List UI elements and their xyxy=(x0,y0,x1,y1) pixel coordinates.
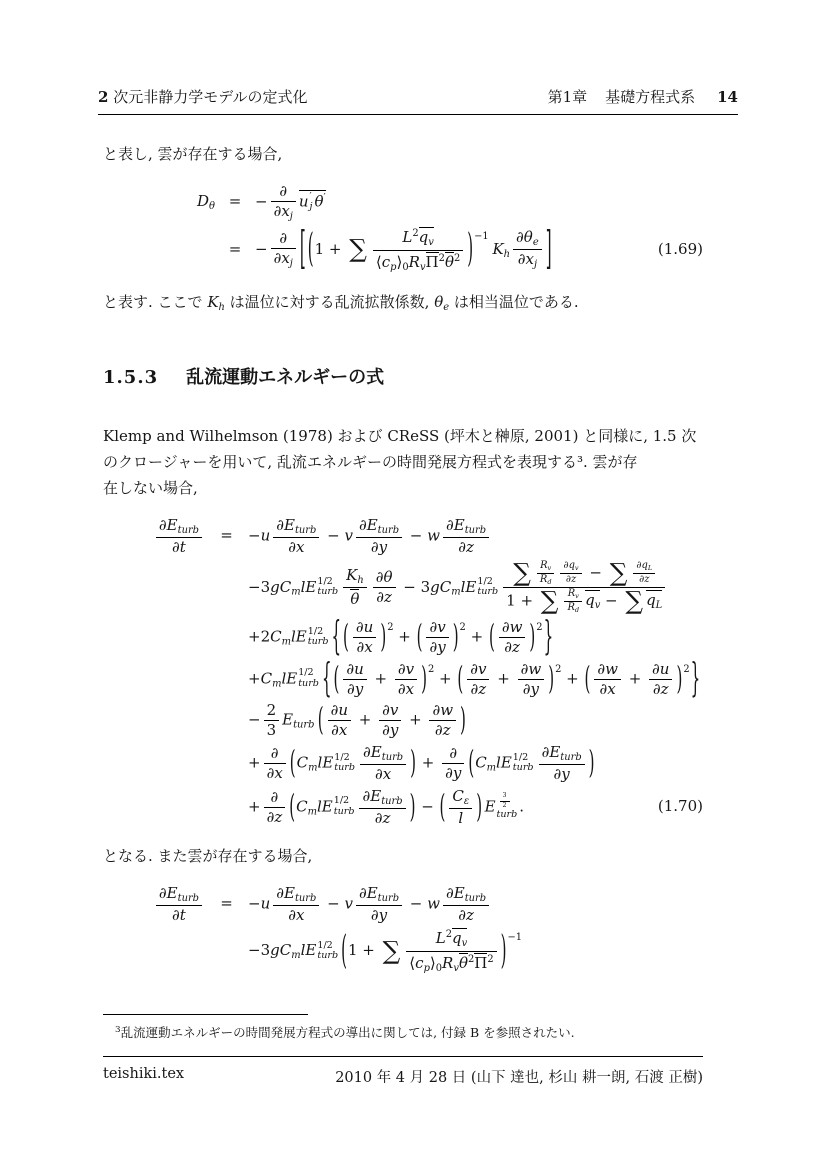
header-chapter-title: 基礎方程式系 xyxy=(605,88,695,106)
equation-number: (1.69) xyxy=(650,240,703,258)
equation-number: (1.70) xyxy=(650,797,703,815)
equation-line: Dθ=−∂∂xju′jθ′ xyxy=(103,183,703,222)
running-header: 2 次元非静力学モデルの定式化 第1章基礎方程式系14 xyxy=(98,86,738,115)
paragraph-line: のクロージャーを用いて, 乱流エネルギーの時間発展方程式を表現する³. 雲が存 xyxy=(103,449,703,475)
footnote-rule xyxy=(103,1014,308,1015)
equation-line: −23Eturb(∂u∂x + ∂v∂y + ∂w∂z) xyxy=(103,702,703,739)
equation-line: ∂Eturb∂t=−u∂Eturb∂x − v∂Eturb∂y − w∂Etur… xyxy=(103,517,703,556)
header-left-text: 次元非静力学モデルの定式化 xyxy=(108,88,307,106)
page-content: 2 次元非静力学モデルの定式化 第1章基礎方程式系14 と表し, 雲が存在する場… xyxy=(0,0,826,974)
document-page: 2 次元非静力学モデルの定式化 第1章基礎方程式系14 と表し, 雲が存在する場… xyxy=(0,0,826,1169)
equation-line: −3gCmlE1/2turbKhθ∂θ∂z − 3gCmlE1/2turb∑Rv… xyxy=(103,561,703,615)
footer-filename: teishiki.tex xyxy=(103,1066,184,1087)
equation-1-69: Dθ=−∂∂xju′jθ′=−∂∂xj[(1 + ∑L2qv⟨cp⟩0RvΠ2θ… xyxy=(103,183,703,273)
page-footer: teishiki.tex 2010 年 4 月 28 日 (山下 達也, 杉山 … xyxy=(103,1056,703,1087)
header-left-number: 2 xyxy=(98,88,108,106)
equation-line: ∂Eturb∂t=−u∂Eturb∂x − v∂Eturb∂y − w∂Etur… xyxy=(103,885,703,924)
equation-cloud-unnumbered: ∂Eturb∂t=−u∂Eturb∂x − v∂Eturb∂y − w∂Etur… xyxy=(103,885,703,975)
paragraph-klemp: Klemp and Wilhelmson (1978) および CReSS (坪… xyxy=(103,423,703,501)
paragraph-after-eq169: と表す. ここで Kh は温位に対する乱流拡散係数, θe は相当温位である. xyxy=(103,289,703,321)
footnote: 3乱流運動エネルギーの時間発展方程式の導出に関しては, 付録 B を参照されたい… xyxy=(103,1014,703,1042)
header-section-title: 2 次元非静力学モデルの定式化 xyxy=(98,86,307,107)
equation-line: +∂∂z(CmlE1/2turb∂Eturb∂z) − (Cεl)E32turb… xyxy=(103,788,703,827)
section-title: 乱流運動エネルギーの式 xyxy=(186,367,384,388)
equation-line: =−∂∂xj[(1 + ∑L2qv⟨cp⟩0RvΠ2θ2)−1Kh∂θe∂xj]… xyxy=(103,227,703,273)
footnote-body: 乱流運動エネルギーの時間発展方程式の導出に関しては, 付録 B を参照されたい. xyxy=(121,1025,575,1040)
equation-line: +2CmlE1/2turb{(∂u∂x)2 + (∂v∂y)2 + (∂w∂z)… xyxy=(103,619,703,656)
equation-1-70: ∂Eturb∂t=−u∂Eturb∂x − v∂Eturb∂y − w∂Etur… xyxy=(103,517,703,827)
equation-line: +∂∂x(CmlE1/2turb∂Eturb∂x) + ∂∂y(CmlE1/2t… xyxy=(103,744,703,783)
header-chapter-mark: 第1章基礎方程式系14 xyxy=(548,86,738,107)
paragraph-line: 在しない場合, xyxy=(103,475,703,501)
footer-date-authors: 2010 年 4 月 28 日 (山下 達也, 杉山 耕一朗, 石渡 正樹) xyxy=(335,1066,703,1087)
paragraph-line: Klemp and Wilhelmson (1978) および CReSS (坪… xyxy=(103,423,703,449)
section-heading: 1.5.3乱流運動エネルギーの式 xyxy=(103,363,703,389)
paragraph-intro: と表し, 雲が存在する場合, xyxy=(103,141,703,167)
footnote-text: 3乱流運動エネルギーの時間発展方程式の導出に関しては, 付録 B を参照されたい… xyxy=(103,1021,703,1042)
equation-line: −3gCmlE1/2turb(1 + ∑L2qv⟨cp⟩0Rvθ2Π2)−1 xyxy=(103,928,703,974)
section-number: 1.5.3 xyxy=(103,367,158,388)
paragraph-intro-cloud: となる. また雲が存在する場合, xyxy=(103,843,703,869)
equation-line: +CmlE1/2turb{(∂u∂y + ∂v∂x)2 + (∂v∂z + ∂w… xyxy=(103,661,703,698)
page-number: 14 xyxy=(717,88,738,106)
header-chapter: 第1章 xyxy=(548,88,588,106)
